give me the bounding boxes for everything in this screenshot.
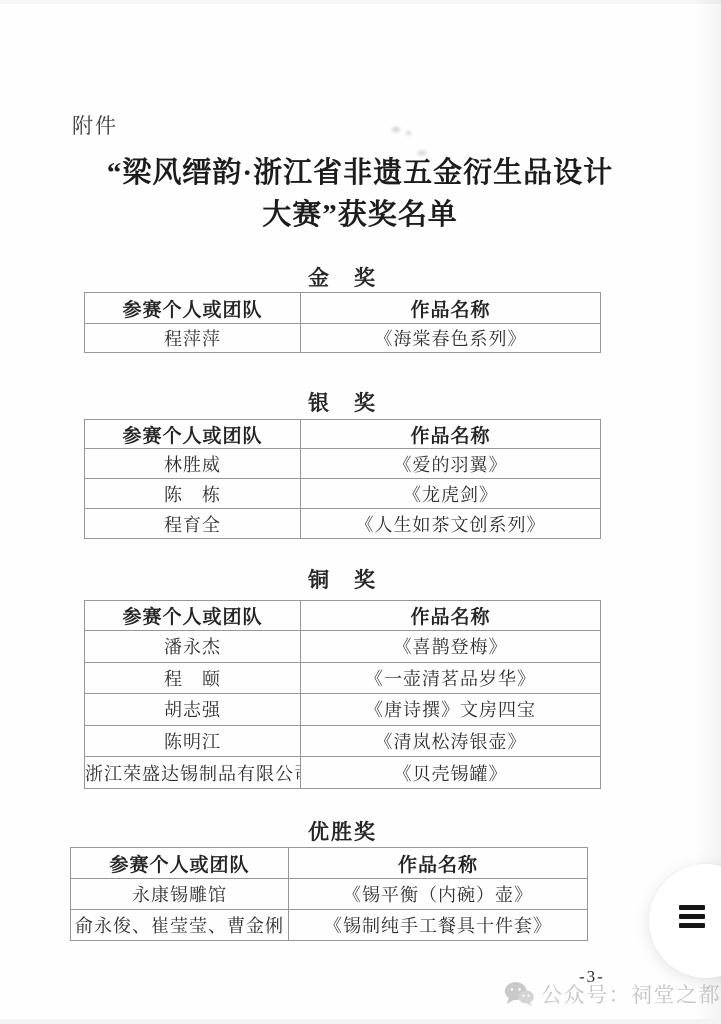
watermark-text: 公众号：祠堂之都	[541, 979, 721, 1009]
document-viewer: 附件 “梁风缙韵·浙江省非遗五金衍生品设计 大赛”获奖名单 金 奖 参赛个人或团…	[0, 0, 721, 1024]
table-row: 程萍萍《海棠春色系列》	[85, 324, 601, 353]
column-header: 作品名称	[301, 293, 601, 324]
column-header: 参赛个人或团队	[85, 601, 301, 631]
column-header: 参赛个人或团队	[85, 293, 301, 324]
table-row: 陈 栋《龙虎剑》	[85, 479, 601, 509]
award-table-gold: 参赛个人或团队作品名称程萍萍《海棠春色系列》	[84, 292, 601, 353]
entrant-cell: 潘永杰	[85, 631, 301, 663]
entrant-cell: 程萍萍	[85, 324, 301, 353]
column-header: 作品名称	[301, 420, 601, 449]
entrant-cell: 永康锡雕馆	[71, 879, 289, 910]
table-row: 永康锡雕馆《锡平衡（内碗）壶》	[71, 879, 588, 910]
award-heading-winner: 优胜奖	[84, 819, 601, 845]
table-header-row: 参赛个人或团队作品名称	[85, 601, 601, 631]
award-heading-gold: 金 奖	[84, 265, 601, 291]
award-heading-silver: 银 奖	[84, 390, 601, 416]
table-header-row: 参赛个人或团队作品名称	[85, 293, 601, 324]
column-header: 作品名称	[301, 601, 601, 631]
table-row: 程育全《人生如茶文创系列》	[85, 509, 601, 539]
work-title-cell: 《海棠春色系列》	[301, 324, 601, 353]
entrant-cell: 程育全	[85, 509, 301, 539]
wechat-icon	[504, 981, 534, 1007]
table-row: 程 颐《一壶清茗品岁华》	[85, 662, 601, 694]
entrant-cell: 俞永俊、崔莹莹、曹金俐	[71, 910, 289, 941]
work-title-cell: 《贝壳锡罐》	[301, 757, 601, 789]
entrant-cell: 陈明江	[85, 725, 301, 757]
table-row: 俞永俊、崔莹莹、曹金俐《锡制纯手工餐具十件套》	[71, 910, 588, 941]
table-header-row: 参赛个人或团队作品名称	[85, 420, 601, 449]
menu-icon	[679, 905, 705, 928]
work-title-cell: 《锡平衡（内碗）壶》	[289, 879, 588, 910]
table-row: 胡志强《唐诗撰》文房四宝	[85, 694, 601, 726]
work-title-cell: 《锡制纯手工餐具十件套》	[289, 910, 588, 941]
table-row: 浙江荣盛达锡制品有限公司《贝壳锡罐》	[85, 757, 601, 789]
menu-fab-button[interactable]	[649, 864, 721, 978]
work-title-cell: 《喜鹊登梅》	[301, 631, 601, 663]
award-heading-bronze: 铜 奖	[84, 567, 601, 593]
document-title-line2: 大赛”获奖名单	[60, 194, 660, 236]
entrant-cell: 浙江荣盛达锡制品有限公司	[85, 757, 301, 789]
attachment-label: 附件	[72, 110, 118, 140]
bottom-edge-strip	[0, 1019, 721, 1024]
table-row: 陈明江《清岚松涛银壶》	[85, 725, 601, 757]
award-table-bronze: 参赛个人或团队作品名称潘永杰《喜鹊登梅》程 颐《一壶清茗品岁华》胡志强《唐诗撰》…	[84, 600, 601, 789]
column-header: 参赛个人或团队	[71, 848, 289, 879]
work-title-cell: 《龙虎剑》	[301, 479, 601, 509]
work-title-cell: 《清岚松涛银壶》	[301, 725, 601, 757]
award-table-winner: 参赛个人或团队作品名称永康锡雕馆《锡平衡（内碗）壶》俞永俊、崔莹莹、曹金俐《锡制…	[70, 847, 588, 941]
watermark: 公众号：祠堂之都	[504, 979, 721, 1009]
table-row: 林胜威《爱的羽翼》	[85, 449, 601, 479]
work-title-cell: 《人生如茶文创系列》	[301, 509, 601, 539]
entrant-cell: 胡志强	[85, 694, 301, 726]
scan-artifact	[392, 127, 400, 132]
page-number: -3-	[579, 967, 605, 987]
entrant-cell: 陈 栋	[85, 479, 301, 509]
table-header-row: 参赛个人或团队作品名称	[71, 848, 588, 879]
award-table-silver: 参赛个人或团队作品名称林胜威《爱的羽翼》陈 栋《龙虎剑》程育全《人生如茶文创系列…	[84, 419, 601, 539]
entrant-cell: 程 颐	[85, 662, 301, 694]
column-header: 参赛个人或团队	[85, 420, 301, 449]
work-title-cell: 《一壶清茗品岁华》	[301, 662, 601, 694]
scan-artifact	[406, 131, 411, 135]
table-row: 潘永杰《喜鹊登梅》	[85, 631, 601, 663]
document-title: “梁风缙韵·浙江省非遗五金衍生品设计 大赛”获奖名单	[60, 152, 660, 236]
top-edge-strip	[0, 0, 721, 4]
work-title-cell: 《唐诗撰》文房四宝	[301, 694, 601, 726]
entrant-cell: 林胜威	[85, 449, 301, 479]
column-header: 作品名称	[289, 848, 588, 879]
work-title-cell: 《爱的羽翼》	[301, 449, 601, 479]
document-title-line1: “梁风缙韵·浙江省非遗五金衍生品设计	[60, 152, 660, 194]
